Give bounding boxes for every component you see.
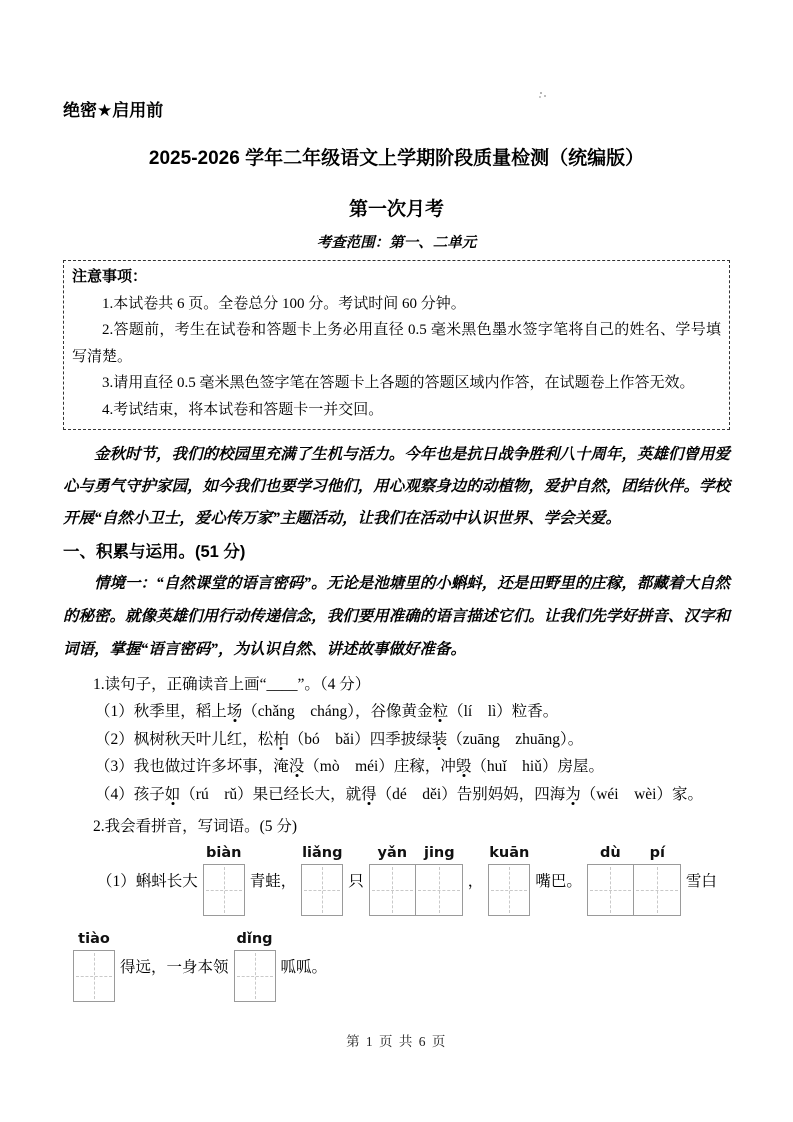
pinyin-writing-row-2: tiào得远，一身本领dǐng呱呱。 [63, 930, 730, 1002]
scenario-paragraph: 情境一：“自然课堂的语言密码”。无论是池塘里的小蝌蚪，还是田野里的庄稼，都藏着大… [63, 567, 730, 666]
pinyin-labels: liǎng [301, 844, 343, 864]
emphasis-dot-char: 柏 [273, 731, 289, 748]
pinyin-label: jing [416, 844, 463, 864]
emphasis-dot-char: 场 [227, 703, 243, 720]
grid-guide-line [418, 890, 460, 891]
page-content: 绝密★启用前 2025-2026 学年二年级语文上学期阶段质量检测（统编版） 第… [63, 0, 730, 1002]
question1-prompt: 1.读句子，正确读音上画“____”。（4 分） [63, 671, 730, 698]
answer-cells [488, 864, 530, 916]
fill-sentence-text: （1）蝌蚪长大 [97, 869, 198, 891]
grid-guide-line [237, 976, 273, 977]
tianzige-answer-group: tiào [73, 930, 115, 1002]
tianzige-cell [301, 864, 343, 916]
emphasis-dot-char: 为 [565, 786, 581, 803]
tianzige-cell [369, 864, 416, 916]
notice-item: 3.请用直径 0.5 毫米黑色签字笔在答题卡上各题的答题区域内作答，在试题卷上作… [72, 370, 721, 397]
tianzige-answer-group: biàn [203, 844, 245, 916]
grid-guide-line [304, 890, 340, 891]
tianzige-answer-group: kuān [488, 844, 530, 916]
notice-item: 2.答题前，考生在试卷和答题卡上务必用直径 0.5 毫米黑色墨水签字笔将自己的姓… [72, 317, 721, 370]
page-number-footer: 第 1 页 共 6 页 [0, 1030, 793, 1050]
fill-sentence-text: 嘴巴。 [535, 869, 582, 891]
grid-guide-line [491, 890, 527, 891]
notice-item: 4.考试结束，将本试卷和答题卡一并交回。 [72, 397, 721, 424]
grid-guide-line [590, 890, 631, 891]
pinyin-labels: biàn [203, 844, 245, 864]
section1-heading: 一、积累与运用。(51 分) [63, 541, 730, 563]
pinyin-label: liǎng [301, 844, 343, 864]
tianzige-cell [416, 864, 463, 916]
fill-sentence-text: ， [468, 869, 484, 891]
pinyin-label: kuān [488, 844, 530, 864]
pinyin-label: pí [634, 844, 681, 864]
pinyin-labels: yǎnjing [369, 844, 463, 864]
answer-cells [301, 864, 343, 916]
question2-prompt: 2.我会看拼音，写词语。(5 分) [63, 813, 730, 840]
tianzige-answer-group: dǐng [234, 930, 276, 1002]
tianzige-cell [634, 864, 681, 916]
grid-guide-line [76, 976, 112, 977]
question1-item: （1）秋季里，稻上场（chǎng cháng），谷像黄金粒（lí lì）粒香。 [63, 698, 730, 726]
answer-cells [369, 864, 463, 916]
fill-sentence-text: 呱呱。 [281, 955, 328, 977]
exam-title: 2025-2026 学年二年级语文上学期阶段质量检测（统编版） [63, 146, 730, 172]
intro-paragraph: 金秋时节，我们的校园里充满了生机与活力。今年也是抗日战争胜利八十周年，英雄们曾用… [63, 439, 730, 535]
emphasis-dot-char: 毁 [456, 758, 472, 775]
pinyin-label: tiào [73, 930, 115, 950]
notice-box: 注意事项： 1.本试卷共 6 页。全卷总分 100 分。考试时间 60 分钟。 … [63, 260, 730, 430]
pinyin-label: dù [587, 844, 634, 864]
pinyin-label: dǐng [234, 930, 276, 950]
grid-guide-line [636, 890, 678, 891]
tianzige-answer-group: dùpí [587, 844, 681, 916]
pinyin-label: biàn [203, 844, 245, 864]
answer-cells [587, 864, 681, 916]
question1-item: （2）枫树秋天叶儿红，松柏（bó bǎi）四季披绿装（zuāng zhuāng）… [63, 726, 730, 754]
fill-sentence-text: 青蛙， [250, 869, 297, 891]
pinyin-labels: tiào [73, 930, 115, 950]
tianzige-cell [203, 864, 245, 916]
emphasis-dot-char: 如 [165, 786, 181, 803]
exam-paper-page: 绝密★启用前 2025-2026 学年二年级语文上学期阶段质量检测（统编版） 第… [0, 0, 793, 1122]
question1-item: （4）孩子如（rú rǔ）果已经长大，就得（dé děi）告别妈妈，四海为（wé… [63, 781, 730, 809]
tianzige-cell [73, 950, 115, 1002]
pinyin-labels: kuān [488, 844, 530, 864]
tianzige-answer-group: liǎng [301, 844, 343, 916]
emphasis-dot-char: 得 [361, 786, 377, 803]
tianzige-cell [488, 864, 530, 916]
tianzige-answer-group: yǎnjing [369, 844, 463, 916]
emphasis-dot-char: 没 [289, 758, 305, 775]
tianzige-cell [587, 864, 634, 916]
fill-sentence-text: 得远，一身本领 [120, 955, 229, 977]
exam-subtitle: 第一次月考 [63, 198, 730, 222]
notice-heading: 注意事项： [72, 264, 721, 291]
answer-cells [73, 950, 115, 1002]
fill-sentence-text: 雪白 [686, 869, 717, 891]
emphasis-dot-char: 装 [432, 731, 448, 748]
pinyin-labels: dǐng [234, 930, 276, 950]
emphasis-dot-char: 粒 [433, 703, 449, 720]
notice-item: 1.本试卷共 6 页。全卷总分 100 分。考试时间 60 分钟。 [72, 291, 721, 318]
tianzige-cell [234, 950, 276, 1002]
grid-guide-line [372, 890, 413, 891]
pinyin-label: yǎn [369, 844, 416, 864]
answer-cells [203, 864, 245, 916]
classification-label: 绝密★启用前 [63, 100, 730, 122]
grid-guide-line [206, 890, 242, 891]
exam-scope: 考查范围：第一、二单元 [63, 234, 730, 252]
pinyin-labels: dùpí [587, 844, 681, 864]
question1-item: （3）我也做过许多坏事，淹没（mò méi）庄稼，冲毁（huǐ hiǔ）房屋。 [63, 753, 730, 781]
pinyin-writing-row-1: （1）蝌蚪长大biàn青蛙，liǎng只yǎnjing，kuān嘴巴。dùpí雪… [63, 844, 730, 916]
answer-cells [234, 950, 276, 1002]
fill-sentence-text: 只 [348, 869, 364, 891]
